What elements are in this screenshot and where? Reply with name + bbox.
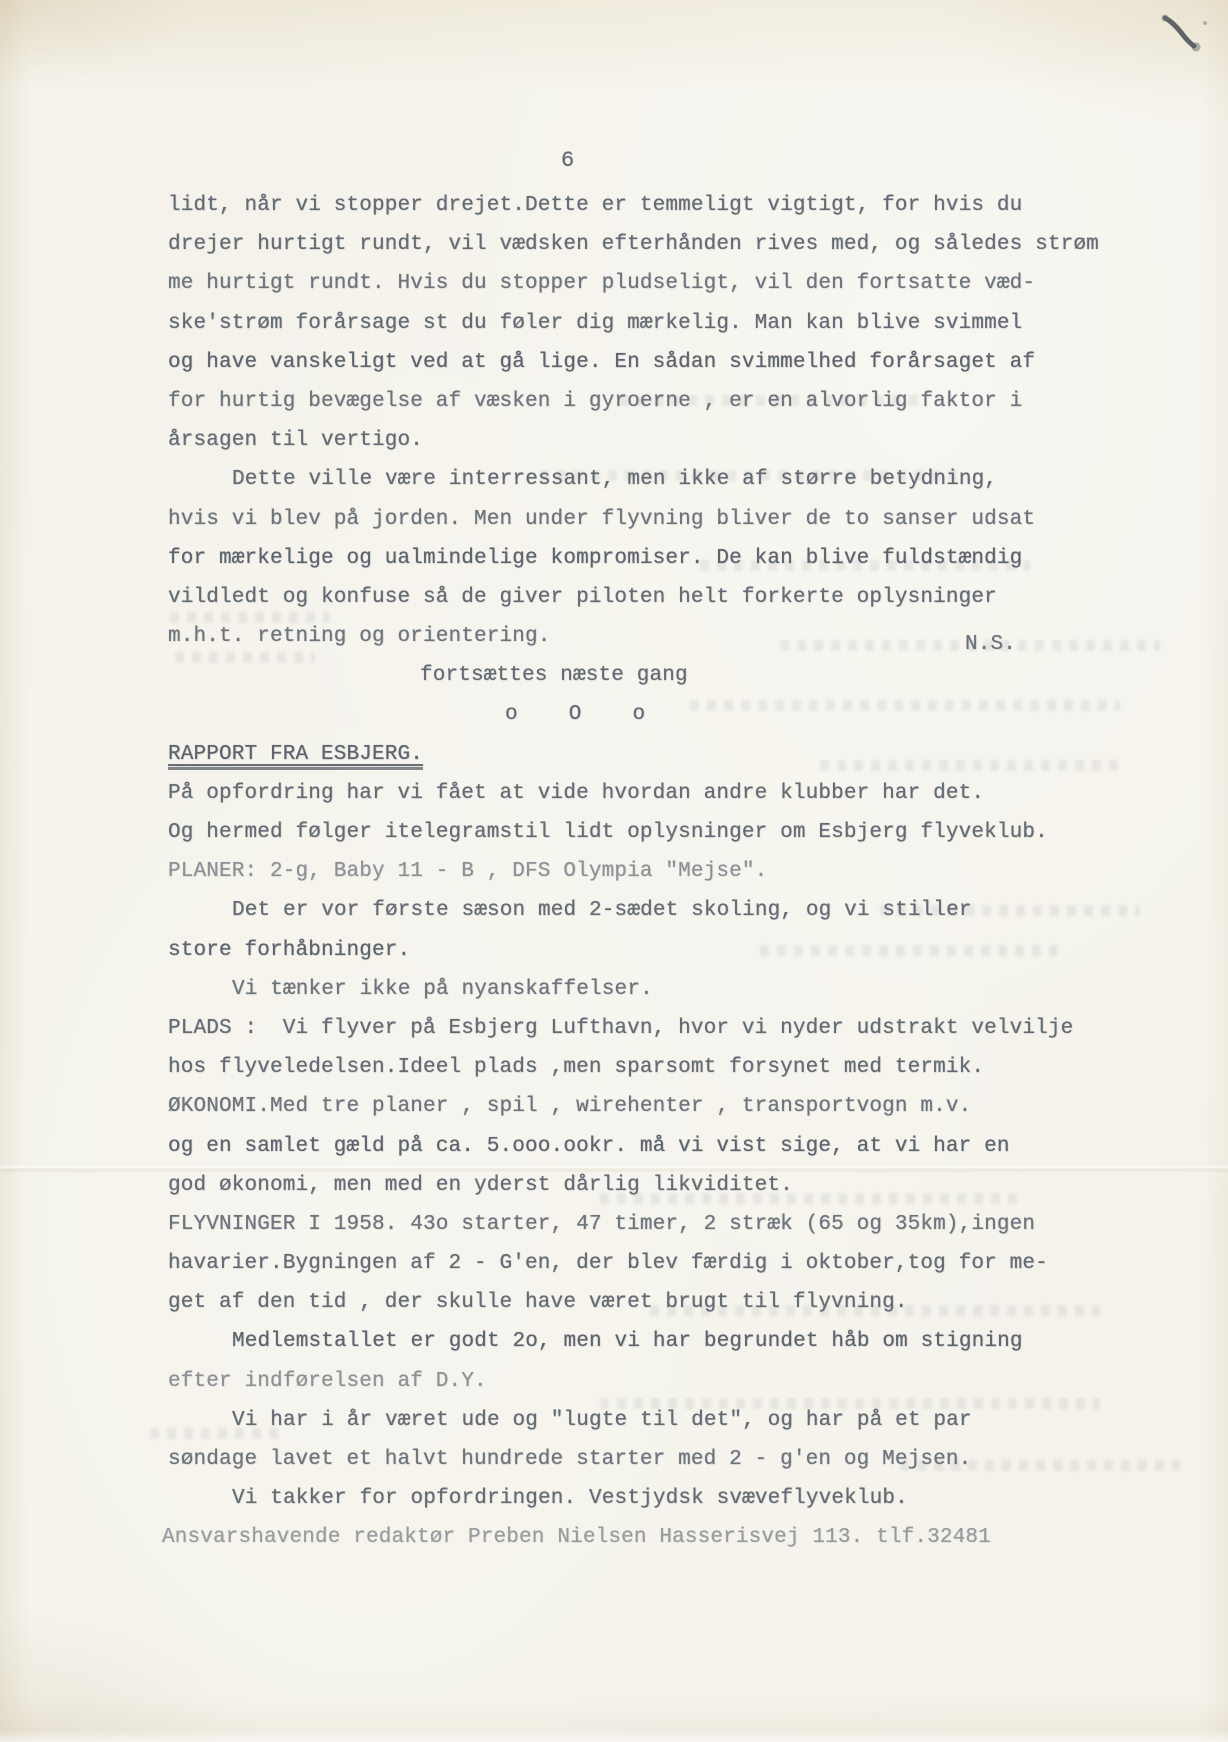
page-number: 6 xyxy=(561,148,574,173)
document-page: 6 lidt, når vi stopper drejet.Dette er t… xyxy=(0,0,1228,1742)
text-line: for hurtig bevægelse af væsken i gyroern… xyxy=(168,382,1188,421)
text-line: og have vanskeligt ved at gå lige. En så… xyxy=(168,343,1188,382)
text-line: Det er vor første sæson med 2-sædet skol… xyxy=(168,891,1188,930)
text-line: store forhåbninger. xyxy=(168,931,1188,970)
text-line: drejer hurtigt rundt, vil vædsken efterh… xyxy=(168,225,1188,264)
text-line-content: m.h.t. retning og orientering. xyxy=(168,625,551,648)
text-line: havarier.Bygningen af 2 - G'en, der blev… xyxy=(168,1244,1188,1283)
text-line: hos flyveledelsen.Ideel plads ,men spars… xyxy=(168,1048,1188,1087)
text-line: PLANER: 2-g, Baby 11 - B , DFS Olympia "… xyxy=(168,852,1188,891)
text-line: Medlemstallet er godt 2o, men vi har beg… xyxy=(168,1322,1188,1361)
text-line: Og hermed følger itelegramstil lidt oply… xyxy=(168,813,1188,852)
text-line: FLYVNINGER I 1958. 43o starter, 47 timer… xyxy=(168,1205,1188,1244)
text-line: Vi har i år været ude og "lugte til det"… xyxy=(168,1401,1188,1440)
pen-mark xyxy=(1150,8,1220,58)
text-line: vildledt og konfuse så de giver piloten … xyxy=(168,578,1188,617)
section-separator: o O o xyxy=(168,695,1188,734)
text-block: lidt, når vi stopper drejet.Dette er tem… xyxy=(168,186,1188,1558)
text-line: og en samlet gæld på ca. 5.ooo.ookr. må … xyxy=(168,1127,1188,1166)
text-line: for mærkelige og ualmindelige kompromise… xyxy=(168,539,1188,578)
text-line: På opfordring har vi fået at vide hvorda… xyxy=(168,774,1188,813)
text-line: lidt, når vi stopper drejet.Dette er tem… xyxy=(168,186,1188,225)
text-line: Vi takker for opfordringen. Vestjydsk sv… xyxy=(168,1479,1188,1518)
text-line: god økonomi, men med en yderst dårlig li… xyxy=(168,1166,1188,1205)
text-line: m.h.t. retning og orientering.N.S. xyxy=(168,617,1188,656)
text-line: me hurtigt rundt. Hvis du stopper pludse… xyxy=(168,264,1188,303)
report-heading-text: RAPPORT FRA ESBJERG. xyxy=(168,743,423,770)
text-line: PLADS : Vi flyver på Esbjerg Lufthavn, h… xyxy=(168,1009,1188,1048)
text-line: årsagen til vertigo. xyxy=(168,421,1188,460)
text-line: Dette ville være interressant, men ikke … xyxy=(168,460,1188,499)
report-heading: RAPPORT FRA ESBJERG. xyxy=(168,735,1188,774)
text-line: ØKONOMI.Med tre planer , spil , wirehent… xyxy=(168,1087,1188,1126)
text-line: ske'strøm forårsage st du føler dig mærk… xyxy=(168,304,1188,343)
text-line: Vi tænker ikke på nyanskaffelser. xyxy=(168,970,1188,1009)
text-line: Ansvarshavende redaktør Preben Nielsen H… xyxy=(162,1518,1188,1557)
text-line: søndage lavet et halvt hundrede starter … xyxy=(168,1440,1188,1479)
text-line: efter indførelsen af D.Y. xyxy=(168,1362,1188,1401)
text-line: get af den tid , der skulle have været b… xyxy=(168,1283,1188,1322)
text-line: hvis vi blev på jorden. Men under flyvni… xyxy=(168,500,1188,539)
continuation-note: fortsættes næste gang xyxy=(168,656,1188,695)
